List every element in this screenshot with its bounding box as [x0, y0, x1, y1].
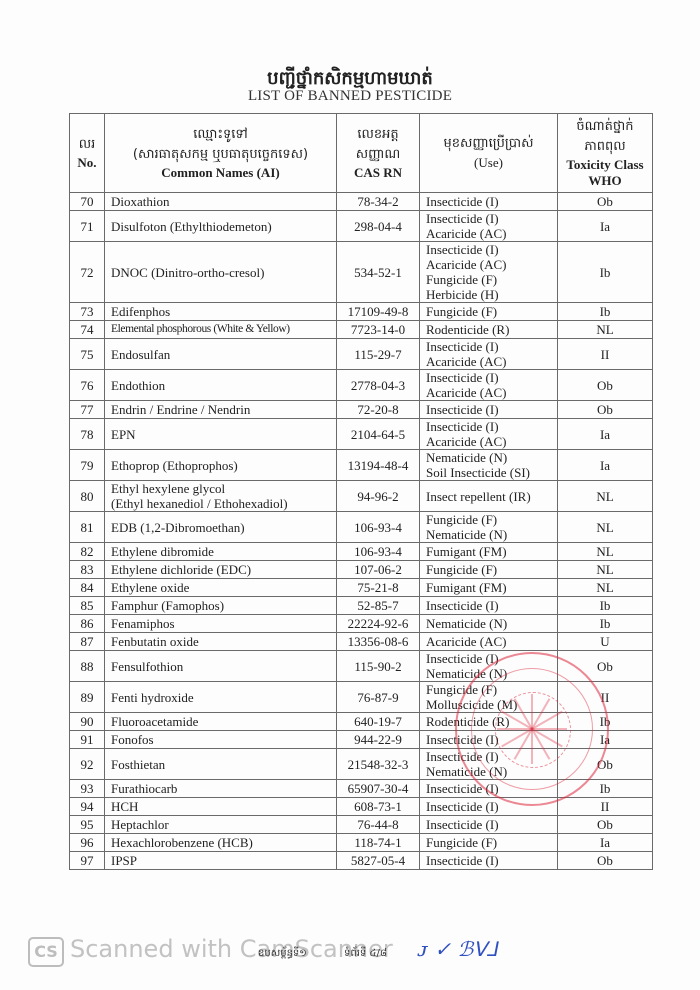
cas-number: 2778-04-3	[337, 370, 420, 401]
table-row: 76Endothion2778-04-3Insecticide (I)Acari…	[70, 370, 653, 401]
row-number: 71	[70, 211, 105, 242]
row-number: 96	[70, 834, 105, 852]
use-line: Insecticide (I)	[426, 242, 551, 257]
header-common-names: ឈ្មោះទូទៅ (សារធាតុសកម្ម ឬបធាតុបច្ចេកទេស)…	[105, 114, 337, 193]
toxicity-class: Ib	[558, 303, 653, 321]
use-category: Insecticide (I)	[420, 731, 558, 749]
cas-number: 72-20-8	[337, 401, 420, 419]
common-name-line: Ethyl hexylene glycol	[111, 481, 330, 496]
common-name: HCH	[105, 798, 337, 816]
common-name: Hexachlorobenzene (HCB)	[105, 834, 337, 852]
common-name-line: Furathiocarb	[111, 781, 330, 796]
use-category: Fungicide (F)	[420, 834, 558, 852]
use-category: Insecticide (I)	[420, 780, 558, 798]
table-row: 87Fenbutatin oxide13356-08-6Acaricide (A…	[70, 633, 653, 651]
common-name: Ethylene dibromide	[105, 543, 337, 561]
cas-number: 5827-05-4	[337, 852, 420, 870]
common-name-line: Heptachlor	[111, 817, 330, 832]
toxicity-class: II	[558, 682, 653, 713]
use-line: Insecticide (I)	[426, 651, 551, 666]
common-name-line: DNOC (Dinitro-ortho-cresol)	[111, 265, 330, 280]
use-line: Fungicide (F)	[426, 304, 551, 319]
toxicity-class: NL	[558, 481, 653, 512]
common-name: Fenamiphos	[105, 615, 337, 633]
row-number: 83	[70, 561, 105, 579]
use-line: Nematicide (N)	[426, 527, 551, 542]
toxicity-class: Ib	[558, 713, 653, 731]
header-use-english: (Use)	[422, 154, 555, 172]
header-no: លរ No.	[70, 114, 105, 193]
row-number: 88	[70, 651, 105, 682]
common-name: EPN	[105, 419, 337, 450]
use-category: Rodenticide (R)	[420, 713, 558, 731]
table-row: 96Hexachlorobenzene (HCB)118-74-1Fungici…	[70, 834, 653, 852]
toxicity-class: NL	[558, 321, 653, 339]
common-name-line: Edifenphos	[111, 304, 330, 319]
use-line: Fumigant (FM)	[426, 544, 551, 559]
use-line: Insecticide (I)	[426, 853, 551, 868]
cas-number: 298-04-4	[337, 211, 420, 242]
use-line: Soil Insecticide (SI)	[426, 465, 551, 480]
table-row: 84Ethylene oxide75-21-8Fumigant (FM)NL	[70, 579, 653, 597]
use-line: Fungicide (F)	[426, 272, 551, 287]
header-tox-khmer-2: ភាពពុល	[560, 137, 650, 157]
use-line: Fungicide (F)	[426, 562, 551, 577]
header-use-khmer: មុខសញ្ញាប្រើប្រាស់	[422, 134, 555, 154]
common-name: Fonofos	[105, 731, 337, 749]
table-header-row: លរ No. ឈ្មោះទូទៅ (សារធាតុសកម្ម ឬបធាតុបច្…	[70, 114, 653, 193]
common-name-line: HCH	[111, 799, 330, 814]
table-row: 77Endrin / Endrine / Nendrin72-20-8Insec…	[70, 401, 653, 419]
table-row: 90Fluoroacetamide640-19-7Rodenticide (R)…	[70, 713, 653, 731]
common-name: Endrin / Endrine / Nendrin	[105, 401, 337, 419]
use-line: Rodenticide (R)	[426, 322, 551, 337]
header-no-english: No.	[72, 155, 102, 171]
common-name-line: Ethylene dibromide	[111, 544, 330, 559]
header-cas: លេខអត្ត សញ្ញាណ CAS RN	[337, 114, 420, 193]
cas-number: 13356-08-6	[337, 633, 420, 651]
cas-number: 106-93-4	[337, 512, 420, 543]
table-row: 71Disulfoton (Ethylthiodemeton)298-04-4I…	[70, 211, 653, 242]
row-number: 76	[70, 370, 105, 401]
use-category: Insecticide (I)Nematicide (N)	[420, 651, 558, 682]
common-name-line: EDB (1,2-Dibromoethan)	[111, 520, 330, 535]
use-line: Nematicide (N)	[426, 764, 551, 779]
common-name-line: Hexachlorobenzene (HCB)	[111, 835, 330, 850]
common-name-line: Disulfoton (Ethylthiodemeton)	[111, 219, 330, 234]
common-name-line: IPSP	[111, 853, 330, 868]
header-toxicity: ចំណាត់ថ្នាក់ ភាពពុល Toxicity Class WHO	[558, 114, 653, 193]
table-body: 70Dioxathion78-34-2Insecticide (I)Ob71Di…	[70, 193, 653, 870]
use-category: Insecticide (I)	[420, 852, 558, 870]
cas-number: 13194-48-4	[337, 450, 420, 481]
cas-number: 65907-30-4	[337, 780, 420, 798]
common-name-line: Fosthietan	[111, 757, 330, 772]
common-name-line: Endosulfan	[111, 347, 330, 362]
cas-number: 76-44-8	[337, 816, 420, 834]
header-use: មុខសញ្ញាប្រើប្រាស់ (Use)	[420, 114, 558, 193]
banned-pesticide-table: លរ No. ឈ្មោះទូទៅ (សារធាតុសកម្ម ឬបធាតុបច្…	[69, 113, 653, 870]
header-tox-english-1: Toxicity Class	[560, 157, 650, 173]
row-number: 85	[70, 597, 105, 615]
use-category: Insecticide (I)Acaricide (AC)	[420, 339, 558, 370]
cas-number: 7723-14-0	[337, 321, 420, 339]
common-name-line: EPN	[111, 427, 330, 442]
page-number: ទំព័រទី ៤/៨	[344, 946, 387, 961]
common-name-line: Fonofos	[111, 732, 330, 747]
use-category: Insecticide (I)Acaricide (AC)	[420, 419, 558, 450]
toxicity-class: NL	[558, 579, 653, 597]
common-name-line: Endrin / Endrine / Nendrin	[111, 402, 330, 417]
cas-number: 106-93-4	[337, 543, 420, 561]
common-name-line: (Ethyl hexanediol / Ethohexadiol)	[111, 496, 330, 511]
row-number: 93	[70, 780, 105, 798]
cas-number: 94-96-2	[337, 481, 420, 512]
row-number: 92	[70, 749, 105, 780]
toxicity-class: Ob	[558, 193, 653, 211]
cas-number: 608-73-1	[337, 798, 420, 816]
common-name: Heptachlor	[105, 816, 337, 834]
use-line: Insecticide (I)	[426, 598, 551, 613]
common-name-line: Elemental phosphorous (White & Yellow)	[111, 322, 330, 337]
use-category: Insecticide (I)	[420, 798, 558, 816]
cas-number: 118-74-1	[337, 834, 420, 852]
row-number: 86	[70, 615, 105, 633]
header-tox-english-2: WHO	[560, 173, 650, 189]
table-row: 79Ethoprop (Ethoprophos)13194-48-4Nemati…	[70, 450, 653, 481]
use-line: Acaricide (AC)	[426, 226, 551, 241]
table-row: 94HCH608-73-1Insecticide (I)II	[70, 798, 653, 816]
table-row: 73Edifenphos17109-49-8Fungicide (F)Ib	[70, 303, 653, 321]
table-row: 86Fenamiphos22224-92-6Nematicide (N)Ib	[70, 615, 653, 633]
toxicity-class: U	[558, 633, 653, 651]
use-category: Fungicide (F)	[420, 561, 558, 579]
row-number: 73	[70, 303, 105, 321]
use-category: Acaricide (AC)	[420, 633, 558, 651]
handwritten-initials: ᴊ ✓ ℬᐯ⅃	[418, 937, 498, 961]
header-cas-english: CAS RN	[339, 165, 417, 181]
use-line: Fungicide (F)	[426, 682, 551, 697]
toxicity-class: Ob	[558, 370, 653, 401]
toxicity-class: Ib	[558, 597, 653, 615]
header-name-khmer-sub: (សារធាតុសកម្ម ឬបធាតុបច្ចេកទេស)	[107, 145, 334, 165]
row-number: 74	[70, 321, 105, 339]
use-category: Fumigant (FM)	[420, 543, 558, 561]
use-category: Insecticide (I)	[420, 816, 558, 834]
row-number: 97	[70, 852, 105, 870]
row-number: 84	[70, 579, 105, 597]
common-name: Furathiocarb	[105, 780, 337, 798]
common-name-line: Ethylene dichloride (EDC)	[111, 562, 330, 577]
toxicity-class: Ob	[558, 816, 653, 834]
header-name-english: Common Names (AI)	[107, 165, 334, 181]
common-name: DNOC (Dinitro-ortho-cresol)	[105, 242, 337, 303]
common-name-line: Fluoroacetamide	[111, 714, 330, 729]
toxicity-class: Ia	[558, 834, 653, 852]
table-row: 97IPSP5827-05-4Insecticide (I)Ob	[70, 852, 653, 870]
use-category: Insecticide (I)	[420, 597, 558, 615]
use-line: Fungicide (F)	[426, 835, 551, 850]
common-name-line: Fenti hydroxide	[111, 690, 330, 705]
common-name: Endothion	[105, 370, 337, 401]
cas-number: 17109-49-8	[337, 303, 420, 321]
use-line: Insecticide (I)	[426, 419, 551, 434]
common-name-line: Famphur (Famophos)	[111, 598, 330, 613]
use-line: Fungicide (F)	[426, 512, 551, 527]
row-number: 87	[70, 633, 105, 651]
common-name: Fensulfothion	[105, 651, 337, 682]
camscanner-logo-icon: CS	[28, 937, 64, 967]
use-category: Fungicide (F)Nematicide (N)	[420, 512, 558, 543]
row-number: 79	[70, 450, 105, 481]
toxicity-class: Ia	[558, 731, 653, 749]
use-line: Nematicide (N)	[426, 450, 551, 465]
common-name: EDB (1,2-Dibromoethan)	[105, 512, 337, 543]
table-row: 80Ethyl hexylene glycol(Ethyl hexanediol…	[70, 481, 653, 512]
table-row: 75Endosulfan115-29-7Insecticide (I)Acari…	[70, 339, 653, 370]
common-name-line: Ethoprop (Ethoprophos)	[111, 458, 330, 473]
use-category: Insecticide (I)Acaricide (AC)	[420, 370, 558, 401]
row-number: 77	[70, 401, 105, 419]
use-category: Insecticide (I)	[420, 401, 558, 419]
cas-number: 52-85-7	[337, 597, 420, 615]
table-row: 70Dioxathion78-34-2Insecticide (I)Ob	[70, 193, 653, 211]
cas-number: 76-87-9	[337, 682, 420, 713]
document-title-english: LIST OF BANNED PESTICIDE	[0, 88, 700, 105]
use-line: Insecticide (I)	[426, 749, 551, 764]
table-row: 74Elemental phosphorous (White & Yellow)…	[70, 321, 653, 339]
cas-number: 534-52-1	[337, 242, 420, 303]
use-category: Fungicide (F)Molluscicide (M)	[420, 682, 558, 713]
table-row: 95Heptachlor76-44-8Insecticide (I)Ob	[70, 816, 653, 834]
common-name: Fenti hydroxide	[105, 682, 337, 713]
table-row: 92Fosthietan21548-32-3Insecticide (I)Nem…	[70, 749, 653, 780]
use-line: Insecticide (I)	[426, 732, 551, 747]
common-name-line: Fensulfothion	[111, 659, 330, 674]
use-category: Insecticide (I)Nematicide (N)	[420, 749, 558, 780]
use-category: Insecticide (I)	[420, 193, 558, 211]
row-number: 95	[70, 816, 105, 834]
toxicity-class: Ib	[558, 242, 653, 303]
common-name: Disulfoton (Ethylthiodemeton)	[105, 211, 337, 242]
use-line: Nematicide (N)	[426, 616, 551, 631]
toxicity-class: Ia	[558, 450, 653, 481]
common-name-line: Endothion	[111, 378, 330, 393]
table-row: 91Fonofos944-22-9Insecticide (I)Ia	[70, 731, 653, 749]
common-name: Elemental phosphorous (White & Yellow)	[105, 321, 337, 339]
use-line: Insecticide (I)	[426, 402, 551, 417]
table-row: 85Famphur (Famophos)52-85-7Insecticide (…	[70, 597, 653, 615]
use-line: Insecticide (I)	[426, 799, 551, 814]
use-category: Nematicide (N)Soil Insecticide (SI)	[420, 450, 558, 481]
common-name: Endosulfan	[105, 339, 337, 370]
toxicity-class: Ia	[558, 211, 653, 242]
common-name: Edifenphos	[105, 303, 337, 321]
common-name: Fosthietan	[105, 749, 337, 780]
row-number: 94	[70, 798, 105, 816]
toxicity-class: Ia	[558, 419, 653, 450]
common-name-line: Ethylene oxide	[111, 580, 330, 595]
cas-number: 21548-32-3	[337, 749, 420, 780]
use-line: Acaricide (AC)	[426, 434, 551, 449]
use-category: Nematicide (N)	[420, 615, 558, 633]
cas-number: 944-22-9	[337, 731, 420, 749]
use-category: Fungicide (F)	[420, 303, 558, 321]
cas-number: 640-19-7	[337, 713, 420, 731]
table-row: 72DNOC (Dinitro-ortho-cresol)534-52-1Ins…	[70, 242, 653, 303]
use-line: Acaricide (AC)	[426, 634, 551, 649]
toxicity-class: Ob	[558, 401, 653, 419]
common-name: Fluoroacetamide	[105, 713, 337, 731]
use-category: Rodenticide (R)	[420, 321, 558, 339]
cas-number: 107-06-2	[337, 561, 420, 579]
common-name: Ethoprop (Ethoprophos)	[105, 450, 337, 481]
header-tox-khmer-1: ចំណាត់ថ្នាក់	[560, 117, 650, 137]
common-name: Dioxathion	[105, 193, 337, 211]
use-line: Insecticide (I)	[426, 817, 551, 832]
table-row: 78EPN2104-64-5Insecticide (I)Acaricide (…	[70, 419, 653, 450]
row-number: 70	[70, 193, 105, 211]
use-line: Insecticide (I)	[426, 211, 551, 226]
header-name-khmer: ឈ្មោះទូទៅ	[107, 125, 334, 145]
table-row: 93Furathiocarb65907-30-4Insecticide (I)I…	[70, 780, 653, 798]
use-line: Insecticide (I)	[426, 370, 551, 385]
common-name: Famphur (Famophos)	[105, 597, 337, 615]
use-category: Insect repellent (IR)	[420, 481, 558, 512]
common-name: Fenbutatin oxide	[105, 633, 337, 651]
use-line: Acaricide (AC)	[426, 385, 551, 400]
table-row: 82Ethylene dibromide106-93-4Fumigant (FM…	[70, 543, 653, 561]
cas-number: 115-29-7	[337, 339, 420, 370]
toxicity-class: NL	[558, 512, 653, 543]
toxicity-class: Ib	[558, 615, 653, 633]
use-category: Fumigant (FM)	[420, 579, 558, 597]
table-row: 88Fensulfothion115-90-2Insecticide (I)Ne…	[70, 651, 653, 682]
row-number: 80	[70, 481, 105, 512]
use-line: Nematicide (N)	[426, 666, 551, 681]
header-cas-khmer-2: សញ្ញាណ	[339, 145, 417, 165]
toxicity-class: Ob	[558, 852, 653, 870]
use-line: Molluscicide (M)	[426, 697, 551, 712]
page-footer: CS Scanned with CamScanner ឧបសម្ព័ន្ធទី១…	[28, 935, 548, 971]
toxicity-class: II	[558, 798, 653, 816]
common-name-line: Dioxathion	[111, 194, 330, 209]
toxicity-class: Ob	[558, 749, 653, 780]
cas-number: 75-21-8	[337, 579, 420, 597]
row-number: 78	[70, 419, 105, 450]
toxicity-class: Ob	[558, 651, 653, 682]
use-category: Insecticide (I)Acaricide (AC)Fungicide (…	[420, 242, 558, 303]
cas-number: 22224-92-6	[337, 615, 420, 633]
use-line: Insecticide (I)	[426, 339, 551, 354]
use-line: Herbicide (H)	[426, 287, 551, 302]
row-number: 90	[70, 713, 105, 731]
use-category: Insecticide (I)Acaricide (AC)	[420, 211, 558, 242]
use-line: Acaricide (AC)	[426, 257, 551, 272]
use-line: Insecticide (I)	[426, 194, 551, 209]
common-name: Ethyl hexylene glycol(Ethyl hexanediol /…	[105, 481, 337, 512]
common-name: IPSP	[105, 852, 337, 870]
toxicity-class: II	[558, 339, 653, 370]
cas-number: 2104-64-5	[337, 419, 420, 450]
common-name-line: Fenamiphos	[111, 616, 330, 631]
cas-number: 78-34-2	[337, 193, 420, 211]
toxicity-class: Ib	[558, 780, 653, 798]
common-name-line: Fenbutatin oxide	[111, 634, 330, 649]
table-row: 89Fenti hydroxide76-87-9Fungicide (F)Mol…	[70, 682, 653, 713]
table-row: 83Ethylene dichloride (EDC)107-06-2Fungi…	[70, 561, 653, 579]
header-cas-khmer-1: លេខអត្ត	[339, 125, 417, 145]
use-line: Acaricide (AC)	[426, 354, 551, 369]
table-row: 81EDB (1,2-Dibromoethan)106-93-4Fungicid…	[70, 512, 653, 543]
header-no-khmer: លរ	[72, 135, 102, 155]
toxicity-class: NL	[558, 543, 653, 561]
use-line: Fumigant (FM)	[426, 580, 551, 595]
use-line: Rodenticide (R)	[426, 714, 551, 729]
row-number: 82	[70, 543, 105, 561]
row-number: 75	[70, 339, 105, 370]
annex-label: ឧបសម្ព័ន្ធទី១	[258, 946, 307, 961]
cas-number: 115-90-2	[337, 651, 420, 682]
toxicity-class: NL	[558, 561, 653, 579]
row-number: 89	[70, 682, 105, 713]
use-line: Insect repellent (IR)	[426, 489, 551, 504]
row-number: 91	[70, 731, 105, 749]
use-line: Insecticide (I)	[426, 781, 551, 796]
row-number: 72	[70, 242, 105, 303]
common-name: Ethylene oxide	[105, 579, 337, 597]
common-name: Ethylene dichloride (EDC)	[105, 561, 337, 579]
row-number: 81	[70, 512, 105, 543]
